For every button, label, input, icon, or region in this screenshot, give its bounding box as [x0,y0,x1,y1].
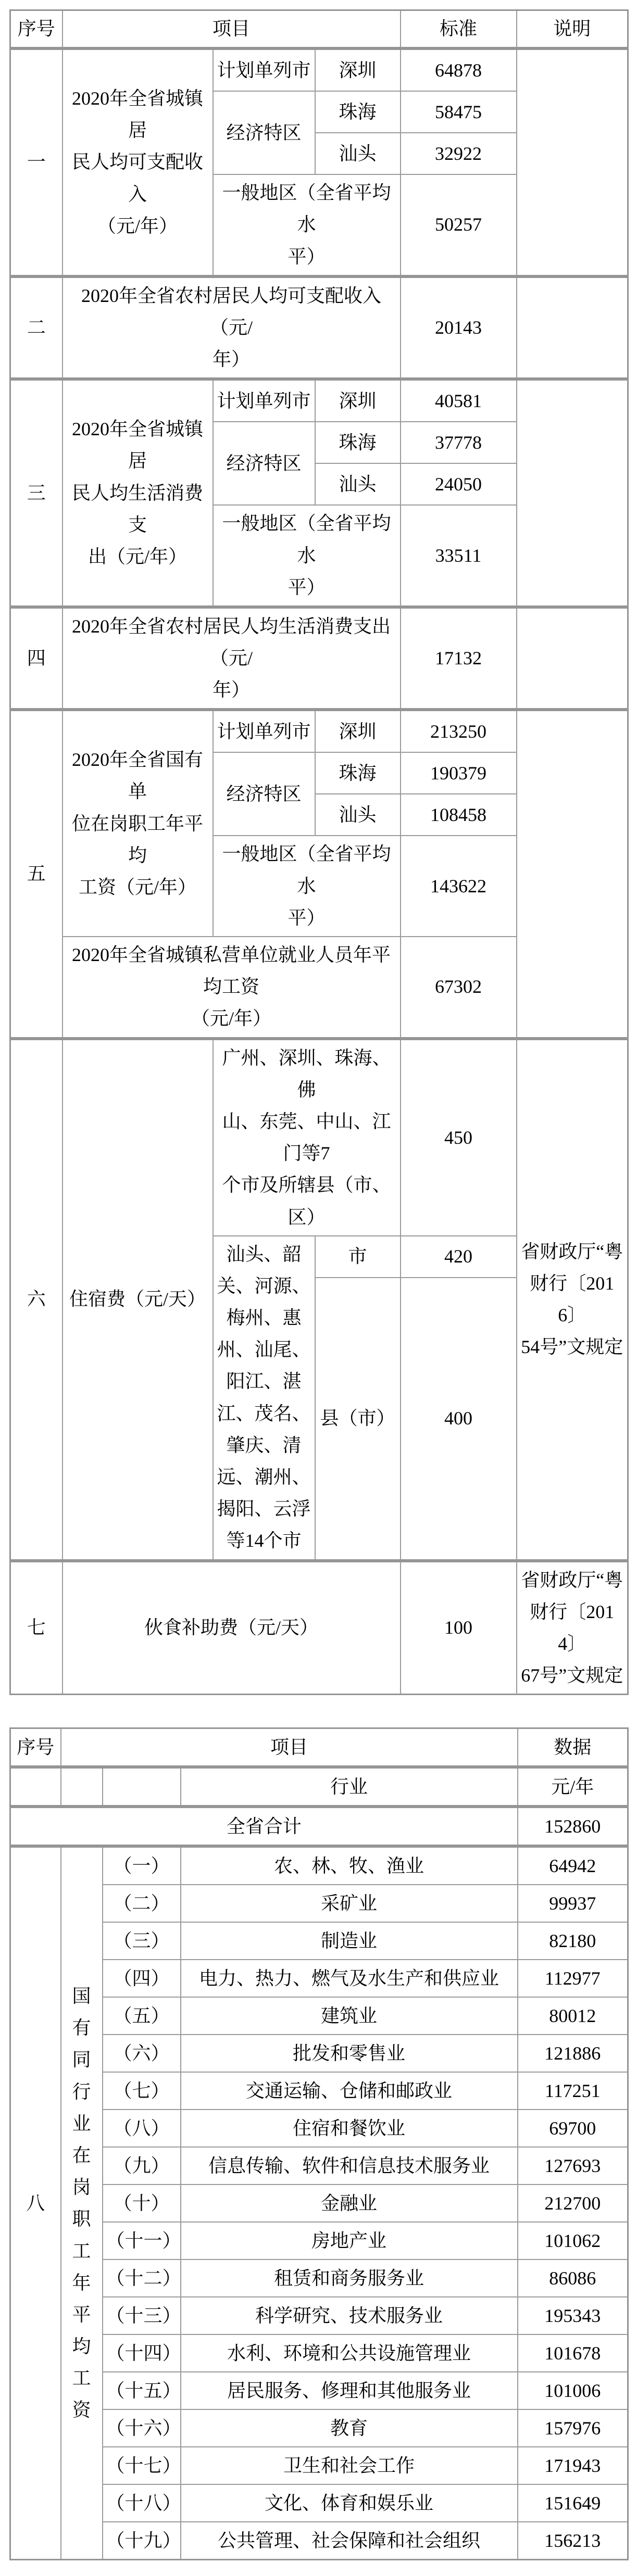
standard-value-cell: 450 [401,1039,517,1236]
industry-row: （五）建筑业80012 [10,1997,628,2035]
city-cell: 珠海 [315,752,401,794]
industry-name-cell: 农、林、牧、渔业 [181,1846,518,1885]
cities7-cell: 广州、深圳、珠海、佛 山、东莞、中山、江门等7 个市及所辖县（市、区） [213,1039,401,1236]
seq-cell: 六 [10,1039,63,1561]
industry-name-cell: 信息传输、软件和信息技术服务业 [181,2147,518,2184]
industry-row: （二）采矿业99937 [10,1885,628,1922]
planned-city-cell: 计划单列市 [213,379,315,422]
industry-name-cell: 卫生和社会工作 [181,2447,518,2484]
industry-name-cell: 公共管理、社会保障和社会组织 [181,2522,518,2560]
industry-row: （十九）公共管理、社会保障和社会组织156213 [10,2522,628,2560]
industry-name-cell: 建筑业 [181,1997,518,2035]
industry-row: （九）信息传输、软件和信息技术服务业127693 [10,2147,628,2184]
industry-name-cell: 文化、体育和娱乐业 [181,2484,518,2522]
industry-value-cell: 151649 [518,2484,628,2522]
industry-value-cell: 101062 [518,2222,628,2259]
industry-row: （四）电力、热力、燃气及水生产和供应业112977 [10,1960,628,1997]
industry-index-cell: （四） [103,1960,181,1997]
col-header-seq: 序号 [10,1728,61,1767]
total-value-cell: 152860 [518,1807,628,1846]
standard-value-cell: 20143 [401,276,517,380]
industry-name-cell: 科学研究、技术服务业 [181,2297,518,2334]
table1-header-row: 序号 项目 标准 说明 [10,10,628,49]
industry-index-cell: （三） [103,1922,181,1960]
industry-name-cell: 水利、环境和公共设施管理业 [181,2334,518,2372]
industry-value-cell: 82180 [518,1922,628,1960]
item-label-cell: 2020年全省国有单 位在岗职工年平均 工资（元/年） [63,710,213,937]
industry-index-cell: （十六） [103,2409,181,2447]
industry-row: （十八）文化、体育和娱乐业151649 [10,2484,628,2522]
industry-name-cell: 住宿和餐饮业 [181,2110,518,2147]
standard-value-cell: 100 [401,1561,517,1695]
city-level-cell: 市 [315,1236,401,1278]
standard-value-cell: 213250 [401,710,517,752]
general-area-cell: 一般地区（全省平均水 平） [213,505,401,607]
city-cell: 汕头 [315,794,401,836]
item-label-cell: 2020年全省农村居民人均生活消费支出（元/ 年） [63,607,401,710]
standard-value-cell: 37778 [401,422,517,463]
standard-value-cell: 32922 [401,133,517,174]
col-header-seq: 序号 [10,10,63,49]
standard-value-cell: 40581 [401,379,517,422]
section6-row-tier1: 六 住宿费（元/天） 广州、深圳、珠海、佛 山、东莞、中山、江门等7 个市及所辖… [10,1039,628,1236]
section2-row: 二 2020年全省农村居民人均可支配收入（元/ 年） 20143 [10,276,628,380]
cities14-cell: 汕头、韶 关、河源、 梅州、惠 州、汕尾、 阳江、湛 江、茂名、 肇庆、清 远、… [213,1236,315,1561]
standard-value-cell: 58475 [401,91,517,133]
note-empty-cell [517,48,628,276]
industry-name-cell: 电力、热力、燃气及水生产和供应业 [181,1960,518,1997]
industry-row: （十七）卫生和社会工作171943 [10,2447,628,2484]
document-page: 序号 项目 标准 说明 一 2020年全省城镇居 民人均可支配收入 （元/年） … [0,0,637,2576]
standard-value-cell: 64878 [401,48,517,91]
industry-row: （十四）水利、环境和公共设施管理业101678 [10,2334,628,2372]
industry-index-cell: （十七） [103,2447,181,2484]
industry-row: （十三）科学研究、技术服务业195343 [10,2297,628,2334]
industry-value-cell: 156213 [518,2522,628,2560]
province-total-row: 全省合计 152860 [10,1807,628,1846]
planned-city-cell: 计划单列市 [213,710,315,752]
unit-cell: 元/年 [518,1767,628,1807]
col-header-data: 数据 [518,1728,628,1767]
section7-row: 七 伙食补助费（元/天） 100 省财政厅“粤 财行〔2014〕 67号”文规定 [10,1561,628,1695]
income-standards-table: 序号 项目 标准 说明 一 2020年全省城镇居 民人均可支配收入 （元/年） … [9,9,629,1695]
seq-cell: 四 [10,607,63,710]
industry-name-cell: 房地产业 [181,2222,518,2259]
industry-name-cell: 租赁和商务服务业 [181,2259,518,2297]
industry-value-cell: 157976 [518,2409,628,2447]
item-label-cell: 住宿费（元/天） [63,1039,213,1561]
table-gap [9,1695,637,1727]
industry-value-cell: 64942 [518,1846,628,1885]
col-header-standard: 标准 [401,10,517,49]
seq-cell: 八 [10,1846,61,2560]
city-cell: 汕头 [315,463,401,505]
sez-cell: 经济特区 [213,91,315,174]
city-cell: 珠海 [315,91,401,133]
industry-row: （七）交通运输、仓储和邮政业117251 [10,2072,628,2110]
industry-value-cell: 195343 [518,2297,628,2334]
sez-cell: 经济特区 [213,422,315,505]
standard-value-cell: 190379 [401,752,517,794]
city-cell: 深圳 [315,710,401,752]
section4-row: 四 2020年全省农村居民人均生活消费支出（元/ 年） 17132 [10,607,628,710]
industry-value-cell: 86086 [518,2259,628,2297]
industry-index-cell: （十五） [103,2372,181,2409]
industry-value-cell: 212700 [518,2184,628,2222]
note-empty-cell [517,710,628,1038]
note-empty-cell [517,276,628,380]
industry-index-cell: （六） [103,2035,181,2072]
industry-row: （六）批发和零售业121886 [10,2035,628,2072]
industry-index-cell: （七） [103,2072,181,2110]
industry-value-cell: 171943 [518,2447,628,2484]
industry-index-cell: （十四） [103,2334,181,2372]
industry-value-cell: 101006 [518,2372,628,2409]
industry-unit-row: 行业 元/年 [10,1767,628,1807]
industry-row: （十一）房地产业101062 [10,2222,628,2259]
industry-value-cell: 80012 [518,1997,628,2035]
industry-name-cell: 采矿业 [181,1885,518,1922]
industry-value-cell: 117251 [518,2072,628,2110]
industry-index-cell: （九） [103,2147,181,2184]
industry-row: （三）制造业82180 [10,1922,628,1960]
note-cell: 省财政厅“粤 财行〔2014〕 67号”文规定 [517,1561,628,1695]
industry-name-cell: 居民服务、修理和其他服务业 [181,2372,518,2409]
section1-row-shenzhen: 一 2020年全省城镇居 民人均可支配收入 （元/年） 计划单列市 深圳 648… [10,48,628,91]
industry-name-cell: 批发和零售业 [181,2035,518,2072]
item-label-cell: 伙食补助费（元/天） [63,1561,401,1695]
industry-value-cell: 99937 [518,1885,628,1922]
industry-index-cell: （五） [103,1997,181,2035]
industry-index-cell: （十三） [103,2297,181,2334]
seq-cell: 三 [10,379,63,607]
industry-value-cell: 112977 [518,1960,628,1997]
industry-value-cell: 69700 [518,2110,628,2147]
industry-value-cell: 101678 [518,2334,628,2372]
industry-name-cell: 金融业 [181,2184,518,2222]
standard-value-cell: 143622 [401,836,517,937]
seq-cell: 五 [10,710,63,1038]
city-cell: 深圳 [315,379,401,422]
standard-value-cell: 33511 [401,505,517,607]
industry-name-cell: 交通运输、仓储和邮政业 [181,2072,518,2110]
standard-value-cell: 108458 [401,794,517,836]
industry-row: （十六）教育157976 [10,2409,628,2447]
item-label-cell: 2020年全省城镇居 民人均可支配收入 （元/年） [63,48,213,276]
col-header-item: 项目 [61,1728,518,1767]
industry-index-cell: （十二） [103,2259,181,2297]
industry-index-cell: （十九） [103,2522,181,2560]
seq-cell: 七 [10,1561,63,1695]
seq-cell: 一 [10,48,63,276]
standard-value-cell: 67302 [401,937,517,1039]
planned-city-cell: 计划单列市 [213,48,315,91]
industry-index-cell: （八） [103,2110,181,2147]
seq-cell: 二 [10,276,63,380]
total-label-cell: 全省合计 [10,1807,518,1846]
standard-value-cell: 24050 [401,463,517,505]
industry-index-cell: （一） [103,1846,181,1885]
standard-value-cell: 400 [401,1278,517,1561]
item-label-cell: 2020年全省城镇居 民人均生活消费支 出（元/年） [63,379,213,607]
industry-index-cell: （十八） [103,2484,181,2522]
col-header-note: 说明 [517,10,628,49]
item-label-cell: 2020年全省城镇私营单位就业人员年平均工资 （元/年） [63,937,401,1039]
industry-name-cell: 教育 [181,2409,518,2447]
standard-value-cell: 17132 [401,607,517,710]
empty-cell [61,1767,103,1807]
industry-row: 八国有 同行 业在 岗职 工年 平均 工资（一）农、林、牧、渔业64942 [10,1846,628,1885]
standard-value-cell: 50257 [401,174,517,276]
note-cell: 省财政厅“粤 财行〔2016〕 54号”文规定 [517,1039,628,1561]
empty-cell [10,1767,61,1807]
note-empty-cell [517,607,628,710]
sez-cell: 经济特区 [213,752,315,836]
industry-index-cell: （二） [103,1885,181,1922]
industry-row: （十五）居民服务、修理和其他服务业101006 [10,2372,628,2409]
general-area-cell: 一般地区（全省平均水 平） [213,836,401,937]
table2-header-row: 序号 项目 数据 [10,1728,628,1767]
industry-index-cell: （十） [103,2184,181,2222]
industry-index-cell: （十一） [103,2222,181,2259]
standard-value-cell: 420 [401,1236,517,1278]
section5-row-shenzhen: 五 2020年全省国有单 位在岗职工年平均 工资（元/年） 计划单列市 深圳 2… [10,710,628,752]
city-cell: 珠海 [315,422,401,463]
industry-value-cell: 121886 [518,2035,628,2072]
empty-cell [103,1767,181,1807]
industry-value-cell: 127693 [518,2147,628,2184]
col-header-item: 项目 [63,10,401,49]
industry-row: （十二）租赁和商务服务业86086 [10,2259,628,2297]
industry-wage-table: 序号 项目 数据 行业 元/年 全省合计 152860 八国有 同行 业在 岗职… [9,1727,629,2560]
city-cell: 深圳 [315,48,401,91]
industry-row: （八）住宿和餐饮业69700 [10,2110,628,2147]
industry-row: （十）金融业212700 [10,2184,628,2222]
item-label-cell: 2020年全省农村居民人均可支配收入（元/ 年） [63,276,401,380]
general-area-cell: 一般地区（全省平均水 平） [213,174,401,276]
note-empty-cell [517,379,628,607]
city-cell: 汕头 [315,133,401,174]
industry-header-cell: 行业 [181,1767,518,1807]
county-level-cell: 县（市） [315,1278,401,1561]
industry-name-cell: 制造业 [181,1922,518,1960]
section3-row-shenzhen: 三 2020年全省城镇居 民人均生活消费支 出（元/年） 计划单列市 深圳 40… [10,379,628,422]
group-vertical-label-cell: 国有 同行 业在 岗职 工年 平均 工资 [61,1846,103,2560]
